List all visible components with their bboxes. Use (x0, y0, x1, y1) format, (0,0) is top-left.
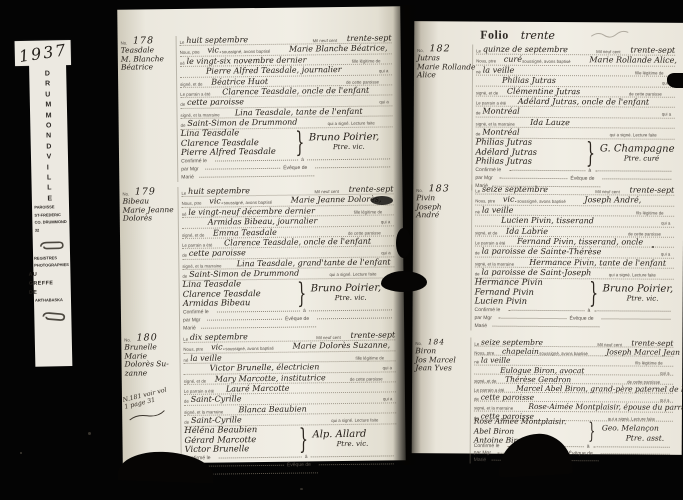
entry-number: 179 (135, 187, 156, 196)
brace-glyph: } (299, 426, 304, 452)
form-printed-label: Évêque de (571, 176, 595, 182)
brace-glyph: } (295, 129, 300, 155)
father-name: Philias Jutras (502, 76, 662, 86)
parish-detail-line: 32 (35, 228, 67, 234)
form-printed-label: de cette paroisse (350, 377, 383, 382)
godfather-place: cette paroisse (481, 393, 660, 403)
film-label: 1937 DRUMMONDVILLE PAROISSEST-FREDERICCO… (13, 39, 130, 371)
parish-details: PAROISSEST-FREDERICCO. DRUMMOND32 (26, 204, 75, 235)
folio-number: trente (521, 30, 555, 42)
baptized-name: Joseph Marcel Jean Yves, (606, 348, 683, 358)
form-printed-label: Mil neuf cent (597, 343, 622, 348)
witness-signatures: Philias JutrasAdélard JutrasPhilias Jutr… (475, 138, 584, 167)
priest-signature-block: G. ChampagnePtre. curé (600, 143, 675, 163)
city-letter: L (47, 184, 53, 195)
city-letter: V (46, 153, 52, 164)
godmother-place: Saint-Simon de Drummond (187, 117, 327, 128)
baptism-entry: No.178TeasdaleM. BlancheBéatriceLehuit s… (118, 33, 401, 36)
marriage-row: Marié (181, 171, 393, 182)
film-speck (20, 452, 22, 454)
birth-date: la veille (482, 205, 636, 215)
form-printed-label: Marié (181, 175, 194, 181)
baptism-entry: No.179BibeauMarie JeanneDolorèsLehuit se… (119, 184, 402, 187)
city-letter: D (46, 142, 52, 153)
form-printed-label: Le (476, 50, 481, 55)
mother-name: Clémentine Jutras (507, 86, 629, 96)
parish-detail-line: ST-FREDERIC (35, 213, 67, 219)
entry-margin: No.184BironJos MarcelJean Yves (415, 337, 469, 373)
entry-body: Ledix septembreMil neuf centtrente-septN… (179, 330, 397, 479)
brace-glyph: } (586, 140, 591, 166)
brace-glyph: } (588, 422, 593, 442)
form-printed-label: qui a (660, 371, 669, 376)
form-printed-label: Le parrain a été (476, 101, 506, 106)
form-printed-label: signé, et la marraine (181, 113, 220, 119)
form-printed-label: à (587, 444, 590, 450)
form-printed-label: fille légitime de (352, 59, 381, 64)
form-printed-label: fille légitime de (635, 71, 664, 76)
film-year: 1937 (17, 40, 68, 66)
godfather-name: Lauré Marcotte (226, 382, 396, 393)
mother-name: Thérèse Gendron (505, 374, 627, 384)
register-left-page: No.178TeasdaleM. BlancheBéatriceLehuit s… (117, 6, 406, 463)
entry-number: 180 (137, 333, 158, 342)
form-printed-label: par Mgr (474, 451, 491, 457)
entry-number: 183 (429, 184, 450, 193)
form-printed-label: qui a (379, 101, 388, 106)
form-printed-label: qui a (379, 70, 388, 75)
parish-city-vertical: DRUMMONDVILLE (45, 69, 54, 204)
form-printed-label: Confirmé le (181, 158, 207, 164)
city-letter: M (46, 111, 52, 122)
film-speck (652, 246, 654, 248)
form-printed-label: de (184, 421, 189, 426)
form-printed-label: de (184, 400, 189, 405)
father-name: Victor Brunelle, électricien (210, 362, 383, 373)
form-printed-label: No. (121, 42, 128, 47)
form-printed-label: signé, et la marraine (476, 122, 515, 127)
city-letter: N (46, 132, 52, 143)
godmother-name: Blanca Beaubien (238, 403, 396, 414)
stamp-line: ARTHABASKA (35, 298, 70, 304)
form-printed-label: Marié (474, 324, 487, 330)
baptism-entry: No.182JutrasMarie RollandeAliceLequinze … (414, 44, 683, 46)
entry-year: trente-sept (630, 185, 675, 194)
ink-scribble-icon (589, 29, 631, 39)
entry-date: quinze de septembre (483, 45, 597, 55)
form-printed-label: de (182, 254, 187, 259)
form-printed-label: fils légitime de (636, 211, 663, 216)
ruled-line (215, 159, 298, 161)
entry-margin: No.179BibeauMarie JeanneDolorès (122, 187, 176, 223)
entry-number: 182 (429, 44, 450, 53)
form-printed-label: de (474, 416, 479, 421)
form-ruled-row: Le parrain a étéAdélard Jutras, oncle de… (476, 97, 675, 109)
ruled-line (218, 456, 301, 458)
witness-signature: Armidas Bibeau (183, 298, 295, 309)
witness-signatures: Lina TeasdaleClarence TeasdalePierre Alf… (181, 128, 293, 158)
priest-signature: Geo. Melançon (602, 422, 664, 433)
form-printed-label: signé, et la marraine (184, 410, 223, 416)
signatures-block: Hermance PivinFernand PivinLucien Pivin}… (475, 278, 674, 307)
film-label-year-tab: 1937 (15, 40, 72, 66)
form-printed-label: soussigné, avons baptisé (517, 200, 566, 205)
form-printed-label: né (180, 62, 185, 67)
form-printed-label: qui a (383, 398, 392, 403)
witness-signature: Philias Jutras (475, 157, 583, 167)
baptized-name: Marie Dolorès Suzanne, (292, 341, 395, 351)
entry-date: huit septembre (186, 34, 313, 45)
entry-body: Leseize septembreMil neuf centtrente-sep… (470, 185, 674, 332)
entry-year: trente-sept (347, 33, 392, 43)
form-printed-label: fille légitime de (356, 356, 385, 361)
entry-year: trente-sept (350, 330, 395, 340)
binding-post (396, 228, 411, 258)
form-printed-label: Mil neuf cent (316, 336, 341, 341)
form-printed-label: Mil neuf cent (596, 50, 621, 55)
form-printed-label: Nous, ptre (182, 202, 202, 207)
ruled-line (603, 178, 672, 179)
brace-glyph: } (297, 280, 302, 306)
brace-glyph: } (589, 280, 594, 306)
mother-name: Mary Marcotte, institutrice (215, 372, 350, 383)
form-printed-label: Marié (183, 326, 196, 332)
form-printed-label: signé, et de (184, 379, 206, 384)
signatures-block: Lina TeasdaleClarence TeasdalePierre Alf… (181, 127, 393, 158)
godfather-name: Adélard Jutras, oncle de l'enfant (518, 97, 675, 107)
entry-body: Lehuit septembreMil neuf centtrente-sept… (177, 184, 395, 333)
form-printed-label: de (180, 103, 185, 108)
ruled-line (602, 318, 671, 319)
binding-post (381, 271, 427, 292)
officiant-role: vic. (503, 195, 517, 204)
film-speck (300, 488, 303, 490)
godfather-name: Fernand Pivin, tisserand, oncle (517, 237, 674, 247)
form-printed-label: Confirmé le (183, 309, 209, 315)
ruled-line (307, 158, 390, 160)
priest-signature: Alp. Allard (312, 428, 368, 440)
form-printed-label: signé, et de (182, 233, 204, 238)
entry-date: seize septembre (482, 185, 596, 195)
witness-signature: Victor Brunelle (185, 444, 297, 455)
form-printed-label: à (303, 308, 306, 314)
witness-signature: Pierre Alfred Teasdale (181, 147, 293, 158)
form-printed-label: qui a (381, 221, 390, 226)
priest-title: Ptre. vic. (335, 293, 382, 303)
birth-date: le vingt-six novembre dernier (187, 55, 353, 66)
mother-name: Ida Labrie (506, 226, 628, 236)
city-letter: R (45, 80, 51, 91)
city-letter: D (45, 69, 51, 80)
form-printed-label: né (184, 359, 189, 364)
form-printed-label: Le (183, 338, 188, 343)
form-printed-label: qui a signé. Lecture faite (607, 417, 654, 422)
priest-signature: G. Champagne (600, 143, 675, 154)
form-printed-label: soussigné, avons baptisé (522, 60, 571, 65)
priest-signature-block: Bruno Poirier,Ptre. vic. (603, 283, 674, 303)
form-printed-label: qui a signé. Lecture faite (609, 133, 656, 138)
ruled-line (498, 317, 567, 318)
form-printed-label: Nous, ptre (474, 352, 494, 357)
officiant-role: curé (504, 55, 522, 64)
city-letter: L (47, 173, 53, 184)
paperclip-icon (38, 239, 65, 252)
ruled-line (594, 310, 670, 311)
entry-body: Lequinze de septembreMil neuf centtrente… (471, 45, 675, 192)
ruled-line (508, 309, 584, 310)
form-printed-label: Évêque de (287, 462, 311, 468)
mother-name: Béatrice Huot (211, 76, 346, 87)
entry-margin-name: Dolorès (123, 214, 177, 223)
entry-body: Lehuit septembreMil neuf centtrente-sept… (176, 33, 394, 182)
city-letter: O (46, 121, 52, 132)
godfather-place: cette paroisse (189, 247, 381, 258)
godmother-place: Saint-Cyrille (191, 414, 331, 425)
entry-number: 178 (133, 36, 154, 45)
form-printed-label: signé, et de (476, 91, 498, 96)
marriage-row: Marié (474, 322, 673, 331)
birth-date: la veille (483, 65, 636, 75)
form-printed-label: Évêque de (570, 316, 594, 322)
form-printed-label: Mil neuf cent (315, 190, 340, 195)
form-printed-label: né (474, 361, 479, 366)
microfilm-register-scan: 1937 DRUMMONDVILLE PAROISSEST-FREDERICCO… (0, 0, 683, 500)
form-printed-label: Nous, ptre (180, 51, 200, 56)
stamp-line: DE (29, 288, 75, 297)
priest-signature-block: Bruno Poirier,Ptre. vic. (311, 282, 382, 303)
form-printed-label: de (476, 112, 481, 117)
ruled-line (492, 326, 599, 328)
ruled-line (509, 169, 585, 170)
form-printed-label: Nous, ptre (183, 348, 203, 353)
margin-note: N.181 voir vol1 page 31 (122, 385, 182, 429)
godmother-name: Ida Lauze (530, 118, 675, 128)
form-printed-label: par Mgr (183, 318, 200, 324)
form-printed-label: de (181, 124, 186, 129)
entry-body: Leseize septembreMil neuf centtrente-sep… (470, 338, 674, 465)
film-speck (88, 432, 91, 435)
ruled-line (593, 446, 669, 447)
form-printed-label: qui a signé. Lecture faite (331, 419, 378, 425)
godfather-place: cette paroisse (187, 96, 379, 107)
priest-signature-block: Bruno Poirier,Ptre. vic. (309, 131, 380, 152)
witness-signature: Lucien Pivin (475, 297, 587, 307)
form-printed-label: qui a (661, 253, 670, 258)
register-right-page: Folio trente No.182JutrasMarie RollandeA… (412, 21, 683, 455)
entry-margin-name: Jean Yves (415, 364, 469, 373)
ruled-line (199, 175, 314, 177)
godfather-name: Clarence Teasdale, oncle de l'enfant (222, 85, 392, 96)
city-letter: M (45, 101, 51, 112)
form-printed-label: de cette paroisse (627, 380, 660, 385)
form-printed-label: né (476, 70, 481, 75)
father-name: Pierre Alfred Teasdale, journalier (206, 65, 379, 76)
form-printed-label: No. (122, 193, 129, 198)
stamp-line: PHOTOGRAPHIES (34, 264, 69, 270)
form-printed-label: qui a (662, 113, 671, 118)
form-printed-label: qui a (381, 252, 390, 257)
form-ruled-row: Le parrain a étéFernand Pivin, tisserand… (475, 237, 674, 249)
witness-signatures: Hermance PivinFernand PivinLucien Pivin (475, 278, 587, 307)
baptized-name: Joseph André, (584, 196, 674, 206)
entry-margin: No.178TeasdaleM. BlancheBéatrice (121, 36, 175, 72)
signature-scribble-icon (127, 407, 168, 424)
film-artifact (667, 73, 683, 88)
form-printed-label: à (589, 168, 592, 174)
form-printed-label: Évêque de (285, 316, 309, 322)
officiant-role: vic. (211, 343, 225, 352)
priest-signature-block: Geo. MelançonPtre. asst. (602, 422, 665, 442)
film-label-strip: DRUMMONDVILLE PAROISSEST-FREDERICCO. DRU… (29, 64, 72, 367)
witness-signatures: Héléna BeaubienGérard MarcotteVictor Bru… (184, 425, 296, 455)
priest-signature: Bruno Poirier, (309, 131, 380, 143)
city-letter: E (47, 194, 53, 205)
film-artifact (371, 196, 393, 205)
ruled-line (208, 464, 283, 466)
form-printed-label: par Mgr (475, 175, 492, 181)
form-printed-label: de cette paroisse (346, 80, 379, 85)
marriage-row: Marié (185, 468, 397, 479)
godfather-place: la paroisse de Sainte-Thérèse (482, 247, 661, 257)
ruled-line (499, 177, 568, 178)
folio-label: Folio (480, 28, 509, 43)
greffe-stamp: REGISTRESPHOTOGRAPHIESAUGREFFEDEARTHABAS… (25, 255, 79, 305)
form-printed-label: de (474, 398, 479, 403)
form-printed-label: signé, et la marraine (474, 407, 513, 412)
form-printed-label: à (304, 454, 307, 460)
stamp-line: AU (29, 270, 75, 279)
ruled-line (217, 310, 300, 312)
ruled-line (318, 463, 393, 465)
priest-title: Ptre. vic. (337, 439, 369, 448)
entry-date: seize septembre (481, 338, 597, 348)
form-printed-label: Le (475, 190, 480, 195)
form-printed-label: Évêque de (283, 165, 307, 171)
baptized-name: Marie Rollande Alice, (589, 56, 677, 66)
form-printed-label: de cette paroisse (348, 231, 381, 236)
form-printed-label: signé, et de (180, 82, 202, 87)
ruled-line (595, 170, 671, 171)
ruled-line (315, 166, 390, 168)
form-ruled-row: signé, et la marraineIda Lauze (476, 117, 675, 129)
form-printed-label: fils légitime de (635, 362, 662, 367)
form-printed-label: à (301, 157, 304, 163)
ruled-line (203, 472, 318, 474)
form-printed-label: signé, et de (475, 231, 497, 236)
form-printed-label: No. (124, 339, 131, 344)
form-printed-label: Confirmé le (475, 167, 501, 173)
godmother-name: Hermance Pivin, tante de l'enfant (529, 258, 674, 268)
form-printed-label: de (475, 252, 480, 257)
priest-signature: Bruno Poirier, (603, 283, 674, 294)
signatures-block: Rose Aimée Montplaisir.Abel BironAntoine… (474, 420, 673, 443)
form-printed-label: Évêque de (569, 451, 593, 457)
birth-date: la veille (190, 352, 356, 363)
entry-margin: No.183PivinJosephAndré (416, 184, 470, 220)
form-printed-label: fille légitime de (354, 210, 383, 215)
form-printed-label: soussigné, avons baptisé (539, 352, 588, 357)
entry-margin-name: Béatrice (121, 63, 175, 72)
entry-year: trente-sept (631, 339, 673, 348)
godfather-place: Saint-Cyrille (191, 393, 383, 404)
entry-year: trente-sept (349, 184, 394, 194)
form-printed-label: Le (181, 192, 186, 197)
form-printed-label: de cette paroisse (629, 92, 662, 97)
priest-title: Ptre. vic. (333, 142, 380, 152)
signatures-block: Héléna BeaubienGérard MarcotteVictor Bru… (184, 424, 396, 455)
officiant-role: vic. (207, 46, 221, 55)
father-name: Lucien Pivin, tisserand (501, 216, 661, 226)
folio-header: Folio trente (480, 28, 631, 44)
baptized-name: Marie Blanche Béatrice, (289, 44, 392, 54)
entry-year: trente-sept (630, 45, 675, 54)
form-printed-label: qui a signé. Lecture faite (327, 122, 374, 128)
form-ruled-row: signé, et la marraineHermance Pivin, tan… (475, 257, 674, 269)
ruled-line (205, 167, 280, 169)
form-printed-label: de (476, 133, 481, 138)
mother-name: Emma Teasdale (213, 227, 348, 238)
form-printed-label: né (182, 213, 187, 218)
parish-detail-line: PAROISSE (34, 206, 66, 212)
form-printed-label: Le parrain a été (184, 390, 214, 395)
form-printed-label: Mil neuf cent (595, 190, 620, 195)
paperclip-icon (39, 308, 67, 323)
form-printed-label: Nous, ptre (476, 60, 496, 65)
godmother-name: Lina Teasdale, grand'tante de l'enfant (237, 257, 395, 268)
entry-margin-name: Alice (417, 71, 471, 80)
entry-margin: No.182JutrasMarie RollandeAlice (417, 44, 471, 80)
entry-margin-name: André (416, 211, 470, 220)
form-printed-label: qui a (661, 222, 670, 227)
city-letter: I (47, 163, 53, 174)
form-printed-label: Confirmé le (475, 307, 501, 313)
form-printed-label: Le parrain a été (475, 241, 505, 246)
stamp-line: GREFFE (29, 279, 75, 288)
form-printed-label: Nous, ptre (475, 200, 495, 205)
form-printed-label: Le parrain a été (182, 244, 212, 249)
form-printed-label: né (475, 210, 480, 215)
ruled-line (317, 317, 392, 319)
form-printed-label: qui a (660, 399, 669, 404)
entry-margin: No.180BrunelleMarieDolorès Su-zanneN.181… (124, 333, 179, 423)
godfather-name: Clarence Teasdale, oncle de l'enfant (224, 236, 394, 247)
witness-signatures: Lina TeasdaleClarence TeasdaleArmidas Bi… (183, 279, 295, 309)
ruled-line (207, 318, 282, 320)
form-printed-label: Mil neuf cent (313, 39, 338, 44)
ruled-line (201, 326, 316, 328)
form-printed-label: Le (180, 41, 185, 46)
priest-signature: Bruno Poirier, (311, 282, 382, 294)
godfather-place: Montréal (482, 107, 661, 117)
godmother-place: Saint-Simon de Drummond (189, 268, 329, 279)
entry-date: dix septembre (190, 331, 317, 342)
form-printed-label: qui a signé. Lecture faite (608, 273, 655, 278)
ruled-line (311, 455, 394, 457)
parish-detail-line: CO. DRUMMOND (35, 220, 67, 226)
priest-title: Ptre. asst. (626, 433, 664, 442)
priest-title: Ptre. curé (624, 154, 675, 163)
form-printed-label: signé, et de (474, 379, 496, 384)
signatures-block: Lina TeasdaleClarence TeasdaleArmidas Bi… (183, 278, 395, 309)
form-printed-label: Le parrain a été (474, 388, 504, 393)
form-printed-label: Marié (474, 458, 487, 464)
baptism-entry: No.184BironJos MarcelJean YvesLeseize se… (412, 337, 682, 339)
birth-date: le vingt-neuf décembre dernier (188, 206, 354, 217)
form-printed-label: par Mgr (474, 315, 491, 321)
form-printed-label: de (182, 275, 187, 280)
priest-signature-block: Alp. AllardPtre. vic. (312, 428, 368, 449)
form-printed-label: signé, et la marraine (475, 262, 514, 267)
